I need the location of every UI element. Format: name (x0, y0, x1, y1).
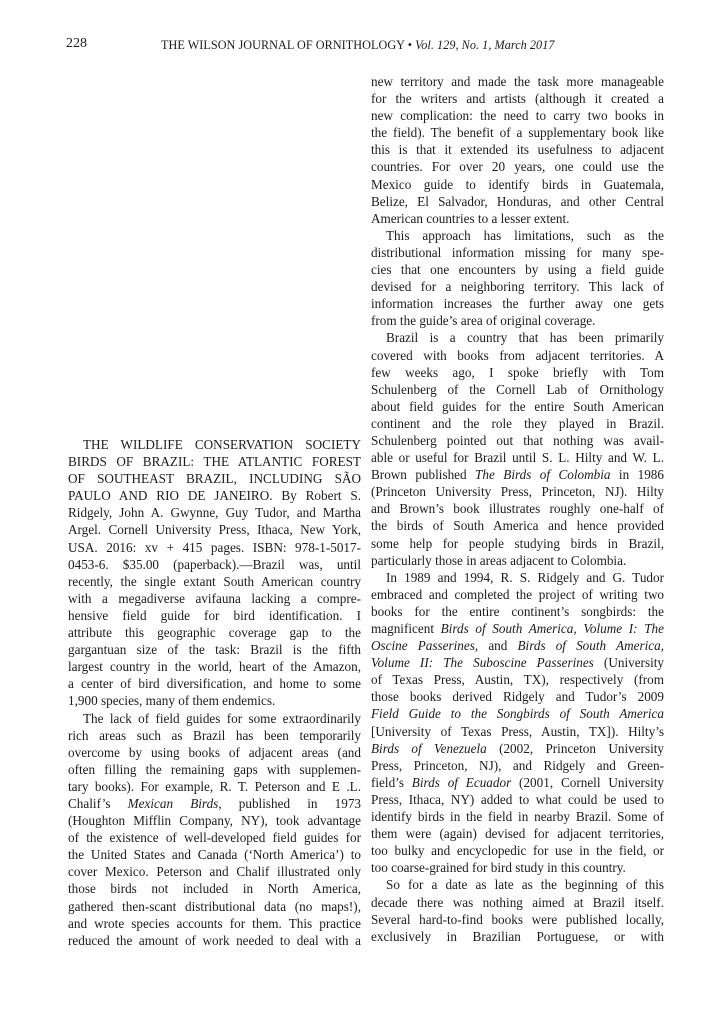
left-column-text: THE WILDLIFE CONSERVATION SOCIETYBIRDS O… (68, 436, 361, 949)
text-line: Volume II: The Suboscine Passerines (Uni… (371, 654, 664, 671)
text-run: too coarse-grained for bird study in thi… (371, 860, 626, 875)
right-column-text: new territory and made the task more man… (371, 73, 664, 945)
text-run: rich areas such as Brazil has been tempo… (68, 728, 361, 743)
text-line: Field Guide to the Songbirds of South Am… (371, 705, 664, 722)
text-line: countries. For over 20 years, one could … (371, 158, 664, 175)
text-run: Schulenberg pointed out that nothing was… (371, 433, 664, 448)
text-line: OF SOUTHEAST BRAZIL, INCLUDING SÃO (68, 470, 361, 487)
text-line: decade there was nothing aimed at Brazil… (371, 894, 664, 911)
text-line: gathered then-scant distributional data … (68, 898, 361, 915)
text-line: Press, Ithaca, NY) added to what could b… (371, 791, 664, 808)
text-line: Several hard-to-find books were publishe… (371, 911, 664, 928)
text-line: PAULO AND RIO DE JANEIRO. By Robert S. (68, 487, 361, 504)
text-line: USA. 2016: xv + 415 pages. ISBN: 978-1-5… (68, 539, 361, 556)
italic-title: Volume II: The Suboscine Passerines (371, 655, 594, 670)
text-run: So for a date as late as the beginning o… (386, 877, 664, 892)
text-run: the birds of South America and hence pro… (371, 518, 664, 533)
text-run: [University of Texas Press, Austin, TX])… (371, 724, 664, 739)
text-line: Schulenberg of the Cornell Lab of Ornith… (371, 381, 664, 398)
text-run: books for the entire continent’s songbir… (371, 604, 664, 619)
text-run: USA. 2016: xv + 415 pages. ISBN: 978-1-5… (68, 540, 361, 555)
text-line: Belize, El Salvador, Honduras, and other… (371, 193, 664, 210)
text-run: 0453-6. $35.00 (paperback).—Brazil was, … (68, 557, 361, 572)
text-line: rich areas such as Brazil has been tempo… (68, 727, 361, 744)
text-run: them were (again) devised for adjacent t… (371, 826, 664, 841)
text-line: cies that one encounters by using a fiel… (371, 261, 664, 278)
text-line: with a megadiverse avifauna lacking a co… (68, 590, 361, 607)
italic-title: Field Guide to the Songbirds of South Am… (371, 706, 664, 721)
text-run: hensive field guide for bird identificat… (68, 608, 361, 623)
text-run: and Brown’s book illustrates roughly one… (371, 501, 664, 516)
text-line: reduced the amount of work needed to dea… (68, 932, 361, 949)
page-number: 228 (66, 36, 87, 52)
text-run: new complication: the need to carry two … (371, 108, 664, 123)
text-line: 0453-6. $35.00 (paperback).—Brazil was, … (68, 556, 361, 573)
text-run: Brown published (371, 467, 475, 482)
text-line: field’s Birds of Ecuador (2001, Cornell … (371, 774, 664, 791)
text-run: attribute this geographic coverage gap t… (68, 625, 361, 640)
text-run: Brazil is a country that has been primar… (386, 330, 664, 345)
text-run: identify birds in the field in nearby Br… (371, 809, 664, 824)
text-line: (Houghton Mifflin Company, NY), took adv… (68, 812, 361, 829)
text-line: the birds of South America and hence pro… (371, 517, 664, 534)
text-run: PAULO AND RIO DE JANEIRO. By Robert S. (68, 488, 361, 503)
text-line: American countries to a lesser extent. (371, 210, 664, 227)
text-run: the field). The benefit of a supplementa… (371, 125, 664, 140)
text-line: able or useful for Brazil until S. L. Hi… (371, 449, 664, 466)
text-run: , and (475, 638, 518, 653)
text-line: books for the entire continent’s songbir… (371, 603, 664, 620)
text-line: about field guides for the entire South … (371, 398, 664, 415)
text-run: and wrote species accounts for them. Thi… (68, 916, 361, 931)
text-run: magnificent (371, 621, 441, 636)
text-line: BIRDS OF BRAZIL: THE ATLANTIC FOREST (68, 453, 361, 470)
text-line: recently, the single extant South Americ… (68, 573, 361, 590)
text-line: and Brown’s book illustrates roughly one… (371, 500, 664, 517)
text-line: 1,900 species, many of them endemics. (68, 692, 361, 709)
text-run: 1,900 species, many of them endemics. (68, 693, 275, 708)
text-line: (Princeton University Press, Princeton, … (371, 483, 664, 500)
text-line: Birds of Venezuela (2002, Princeton Univ… (371, 740, 664, 757)
text-run: in 1986 (611, 467, 665, 482)
volume-info: Vol. 129, No. 1, March 2017 (415, 38, 554, 52)
text-run: (Princeton University Press, Princeton, … (371, 484, 664, 499)
text-line: [University of Texas Press, Austin, TX])… (371, 723, 664, 740)
text-run: the United States and Canada (‘North Ame… (68, 847, 361, 862)
text-run: Press, Princeton, NJ), and Ridgely and G… (371, 758, 664, 773)
text-run: too bulky and encyclopedic for use in th… (371, 843, 664, 858)
text-run: from the guide’s area of original covera… (371, 313, 595, 328)
text-run: for the writers and artists (although it… (371, 91, 664, 106)
text-line: hensive field guide for bird identificat… (68, 607, 361, 624)
text-run: those books derived Ridgely and Tudor’s … (371, 689, 664, 704)
text-run: with a megadiverse avifauna lacking a co… (68, 591, 361, 606)
text-line: Ridgely, John A. Gwynne, Guy Tudor, and … (68, 504, 361, 521)
text-line: Press, Princeton, NJ), and Ridgely and G… (371, 757, 664, 774)
text-run: Ridgely, John A. Gwynne, Guy Tudor, and … (68, 505, 361, 520)
text-run: (University (594, 655, 664, 670)
text-line: devised for a neighboring territory. Thi… (371, 278, 664, 295)
text-line: exclusively in Brazilian Portuguese, or … (371, 928, 664, 945)
text-run: few weeks ago, I spoke briefly with Tom (371, 365, 664, 380)
text-run: of Texas Press, Austin, TX), respectivel… (371, 672, 664, 687)
text-line: THE WILDLIFE CONSERVATION SOCIETY (68, 436, 361, 453)
journal-title: THE WILSON JOURNAL OF ORNITHOLOGY (161, 38, 405, 52)
text-line: covered with books from adjacent territo… (371, 347, 664, 364)
text-line: too coarse-grained for bird study in thi… (371, 859, 664, 876)
text-run: particularly those in areas adjacent to … (371, 553, 626, 568)
text-run: information increases the further away o… (371, 296, 664, 311)
text-run: (2002, Princeton University (487, 741, 664, 756)
text-run: devised for a neighboring territory. Thi… (371, 279, 664, 294)
text-run: this is that it extended its usefulness … (371, 142, 664, 157)
italic-title: The Birds of Colombia (475, 467, 610, 482)
text-run: , published in 1973 (218, 796, 361, 811)
text-run: some help for people studying birds in B… (371, 536, 664, 551)
text-run: Argel. Cornell University Press, Ithaca,… (68, 522, 361, 537)
text-line: So for a date as late as the beginning o… (371, 876, 664, 893)
italic-title: Birds of South America, Volume I: The (441, 621, 664, 636)
text-run: The lack of field guides for some extrao… (83, 711, 361, 726)
journal-running-head: THE WILSON JOURNAL OF ORNITHOLOGY • Vol.… (161, 37, 554, 53)
text-line: and wrote species accounts for them. Thi… (68, 915, 361, 932)
text-run: gathered then-scant distributional data … (68, 899, 361, 914)
text-run: American countries to a lesser extent. (371, 211, 569, 226)
text-line: particularly those in areas adjacent to … (371, 552, 664, 569)
text-run: Several hard-to-find books were publishe… (371, 912, 664, 927)
text-line: often filling the remaining gaps with su… (68, 761, 361, 778)
text-line: information increases the further away o… (371, 295, 664, 312)
italic-title: Mexican Birds (128, 796, 219, 811)
text-run: cover Mexico. Peterson and Chalif illust… (68, 864, 361, 879)
text-run: able or useful for Brazil until S. L. Hi… (371, 450, 664, 465)
text-line: identify birds in the field in nearby Br… (371, 808, 664, 825)
text-run: THE WILDLIFE CONSERVATION SOCIETY (83, 437, 361, 452)
text-line: Argel. Cornell University Press, Ithaca,… (68, 521, 361, 538)
text-line: gargantuan size of the task: Brazil is t… (68, 641, 361, 658)
text-line: attribute this geographic coverage gap t… (68, 624, 361, 641)
text-run: field’s (371, 775, 412, 790)
text-line: tary books). For example, R. T. Peterson… (68, 778, 361, 795)
running-header: 228 THE WILSON JOURNAL OF ORNITHOLOGY • … (66, 36, 666, 56)
text-run: embraced and completed the project of wr… (371, 587, 664, 602)
italic-title: Birds of South America, (517, 638, 664, 653)
text-line: cover Mexico. Peterson and Chalif illust… (68, 863, 361, 880)
text-run: exclusively in Brazilian Portuguese, or … (371, 929, 664, 944)
text-line: Brazil is a country that has been primar… (371, 329, 664, 346)
italic-title: Birds of Venezuela (371, 741, 487, 756)
italic-title: Oscine Passerines (371, 638, 475, 653)
text-run: Mexico guide to identify birds in Guatem… (371, 177, 664, 192)
text-line: the United States and Canada (‘North Ame… (68, 846, 361, 863)
text-run: often filling the remaining gaps with su… (68, 762, 361, 777)
text-line: distributional information missing for m… (371, 244, 664, 261)
text-line: Oscine Passerines, and Birds of South Am… (371, 637, 664, 654)
text-run: distributional information missing for m… (371, 245, 664, 260)
text-run: cies that one encounters by using a fiel… (371, 262, 664, 277)
text-run: countries. For over 20 years, one could … (371, 159, 664, 174)
text-line: largest country in the world, heart of t… (68, 658, 361, 675)
text-line: Chalif’s Mexican Birds, published in 197… (68, 795, 361, 812)
text-line: of the existence of well-developed field… (68, 829, 361, 846)
text-line: embraced and completed the project of wr… (371, 586, 664, 603)
text-run: tary books). For example, R. T. Peterson… (68, 779, 361, 794)
text-line: In 1989 and 1994, R. S. Ridgely and G. T… (371, 569, 664, 586)
text-run: largest country in the world, heart of t… (68, 659, 361, 674)
text-line: the field). The benefit of a supplementa… (371, 124, 664, 141)
text-line: This approach has limitations, such as t… (371, 227, 664, 244)
text-run: new territory and made the task more man… (371, 74, 664, 89)
text-line: from the guide’s area of original covera… (371, 312, 664, 329)
text-run: about field guides for the entire South … (371, 399, 664, 414)
text-run: reduced the amount of work needed to dea… (68, 933, 361, 948)
text-run: recently, the single extant South Americ… (68, 574, 361, 589)
text-run: covered with books from adjacent territo… (371, 348, 664, 363)
text-run: gargantuan size of the task: Brazil is t… (68, 642, 361, 657)
text-run: OF SOUTHEAST BRAZIL, INCLUDING SÃO (68, 471, 361, 486)
text-line: some help for people studying birds in B… (371, 535, 664, 552)
text-line: overcome by using books of adjacent area… (68, 744, 361, 761)
text-run: BIRDS OF BRAZIL: THE ATLANTIC FOREST (68, 454, 361, 469)
text-line: magnificent Birds of South America, Volu… (371, 620, 664, 637)
text-line: new territory and made the task more man… (371, 73, 664, 90)
text-run: (Houghton Mifflin Company, NY), took adv… (68, 813, 361, 828)
text-run: In 1989 and 1994, R. S. Ridgely and G. T… (386, 570, 664, 585)
text-line: of Texas Press, Austin, TX), respectivel… (371, 671, 664, 688)
text-run: Schulenberg of the Cornell Lab of Ornith… (371, 382, 664, 397)
text-line: too bulky and encyclopedic for use in th… (371, 842, 664, 859)
text-run: continent and the role they played in Br… (371, 416, 664, 431)
text-line: Mexico guide to identify birds in Guatem… (371, 176, 664, 193)
text-run: Press, Ithaca, NY) added to what could b… (371, 792, 664, 807)
text-run: Belize, El Salvador, Honduras, and other… (371, 194, 664, 209)
text-line: continent and the role they played in Br… (371, 415, 664, 432)
text-line: them were (again) devised for adjacent t… (371, 825, 664, 842)
text-line: a center of bird diversification, and ho… (68, 675, 361, 692)
text-line: those birds not included in North Americ… (68, 880, 361, 897)
text-line: few weeks ago, I spoke briefly with Tom (371, 364, 664, 381)
text-line: this is that it extended its usefulness … (371, 141, 664, 158)
text-run: Chalif’s (68, 796, 128, 811)
text-run: This approach has limitations, such as t… (386, 228, 664, 243)
text-line: The lack of field guides for some extrao… (68, 710, 361, 727)
text-line: Brown published The Birds of Colombia in… (371, 466, 664, 483)
text-run: overcome by using books of adjacent area… (68, 745, 361, 760)
separator-bullet: • (408, 38, 412, 52)
text-line: those books derived Ridgely and Tudor’s … (371, 688, 664, 705)
text-run: of the existence of well-developed field… (68, 830, 361, 845)
text-line: for the writers and artists (although it… (371, 90, 664, 107)
text-run: (2001, Cornell University (511, 775, 664, 790)
text-run: a center of bird diversification, and ho… (68, 676, 361, 691)
text-line: Schulenberg pointed out that nothing was… (371, 432, 664, 449)
text-run: those birds not included in North Americ… (68, 881, 361, 896)
italic-title: Birds of Ecuador (412, 775, 511, 790)
text-run: decade there was nothing aimed at Brazil… (371, 895, 664, 910)
text-line: new complication: the need to carry two … (371, 107, 664, 124)
